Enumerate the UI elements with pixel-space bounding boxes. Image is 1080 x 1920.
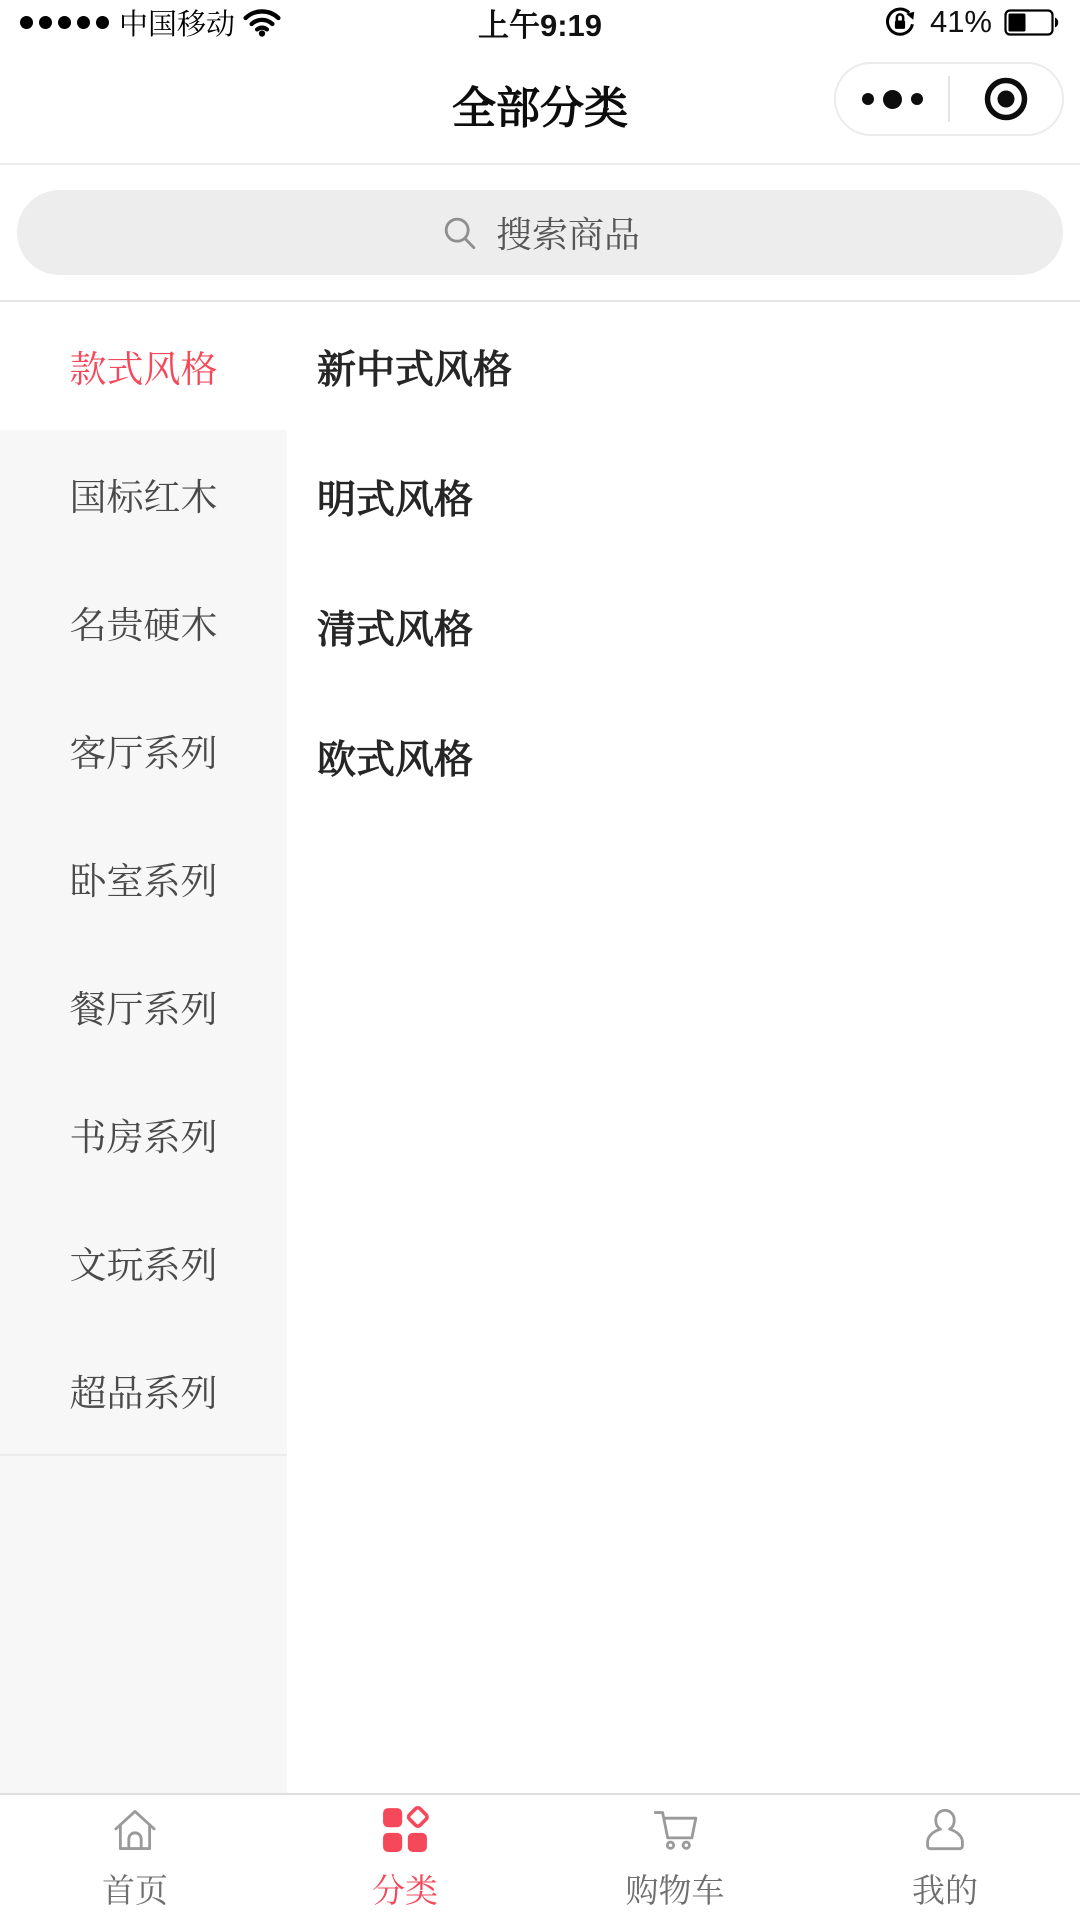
- category-icon: [378, 1803, 432, 1857]
- nav-bar: 全部分类: [0, 44, 1080, 165]
- subcategory-qing-style[interactable]: 清式风格: [317, 562, 1080, 692]
- tab-cart[interactable]: 购物车: [540, 1795, 810, 1920]
- carrier-label: 中国移动: [119, 2, 235, 43]
- category-sidebar-list: 款式风格 国标红木 名贵硬木 客厅系列 卧室系列 餐厅系列 书房系列 文玩系列 …: [0, 302, 287, 1456]
- exit-button[interactable]: [950, 64, 1062, 134]
- tab-profile[interactable]: 我的: [810, 1795, 1080, 1920]
- sidebar-item-bedroom[interactable]: 卧室系列: [0, 814, 287, 942]
- battery-percent-label: 41%: [930, 4, 992, 40]
- mini-program-screen: 中国移动 上午9:19 41%: [0, 0, 1080, 1920]
- search-icon: [440, 213, 480, 253]
- subcategory-panel: 新中式风格 明式风格 清式风格 欧式风格: [287, 302, 1080, 1793]
- sidebar-item-collectibles[interactable]: 文玩系列: [0, 1198, 287, 1326]
- sidebar-item-national-redwood[interactable]: 国标红木: [0, 430, 287, 558]
- sidebar-item-label: 客厅系列: [70, 723, 218, 777]
- signal-dots-icon: [20, 16, 109, 29]
- tab-label: 购物车: [626, 1865, 725, 1912]
- search-placeholder: 搜索商品: [496, 207, 640, 258]
- search-section: 搜索商品: [0, 165, 1080, 302]
- subcategory-ming-style[interactable]: 明式风格: [317, 432, 1080, 562]
- cart-icon: [648, 1803, 702, 1857]
- sidebar-item-label: 超品系列: [70, 1363, 218, 1417]
- sidebar-item-label: 文玩系列: [70, 1235, 218, 1289]
- miniprogram-capsule: [834, 62, 1064, 136]
- sidebar-item-label: 款式风格: [70, 339, 218, 393]
- subcategory-label: 欧式风格: [317, 729, 473, 785]
- wifi-icon: [243, 7, 281, 37]
- sidebar-item-label: 名贵硬木: [70, 595, 218, 649]
- sidebar-item-precious-hardwood[interactable]: 名贵硬木: [0, 558, 287, 686]
- category-sidebar: 款式风格 国标红木 名贵硬木 客厅系列 卧室系列 餐厅系列 书房系列 文玩系列 …: [0, 302, 287, 1793]
- tab-category[interactable]: 分类: [270, 1795, 540, 1920]
- sidebar-item-style[interactable]: 款式风格: [0, 302, 287, 430]
- circle-dot-icon: [982, 75, 1030, 123]
- category-page-body: 款式风格 国标红木 名贵硬木 客厅系列 卧室系列 餐厅系列 书房系列 文玩系列 …: [0, 302, 1080, 1793]
- subcategory-european-style[interactable]: 欧式风格: [317, 692, 1080, 822]
- subcategory-label: 新中式风格: [317, 339, 512, 395]
- search-input[interactable]: 搜索商品: [17, 190, 1063, 275]
- tab-label: 分类: [372, 1865, 438, 1912]
- sidebar-item-study[interactable]: 书房系列: [0, 1070, 287, 1198]
- tab-label: 首页: [102, 1865, 168, 1912]
- tab-home[interactable]: 首页: [0, 1795, 270, 1920]
- battery-icon: [1004, 9, 1060, 36]
- subcategory-new-chinese[interactable]: 新中式风格: [317, 302, 1080, 432]
- tab-bar: 首页 分类 购物车: [0, 1793, 1080, 1920]
- sidebar-item-label: 国标红木: [70, 467, 218, 521]
- sidebar-item-label: 卧室系列: [70, 851, 218, 905]
- sidebar-item-label: 书房系列: [70, 1107, 218, 1161]
- sidebar-item-living-room[interactable]: 客厅系列: [0, 686, 287, 814]
- status-bar: 中国移动 上午9:19 41%: [0, 0, 1080, 44]
- sidebar-item-dining-room[interactable]: 餐厅系列: [0, 942, 287, 1070]
- more-dots-icon: [862, 90, 923, 109]
- subcategory-label: 清式风格: [317, 599, 473, 655]
- status-right: 41%: [882, 4, 1060, 40]
- subcategory-label: 明式风格: [317, 469, 473, 525]
- status-left: 中国移动: [20, 2, 281, 43]
- more-button[interactable]: [836, 64, 948, 134]
- page-title: 全部分类: [452, 72, 628, 136]
- orientation-lock-icon: [882, 4, 918, 40]
- sidebar-item-premium[interactable]: 超品系列: [0, 1326, 287, 1454]
- home-icon: [108, 1803, 162, 1857]
- user-icon: [918, 1803, 972, 1857]
- tab-label: 我的: [912, 1865, 978, 1912]
- sidebar-item-label: 餐厅系列: [70, 979, 218, 1033]
